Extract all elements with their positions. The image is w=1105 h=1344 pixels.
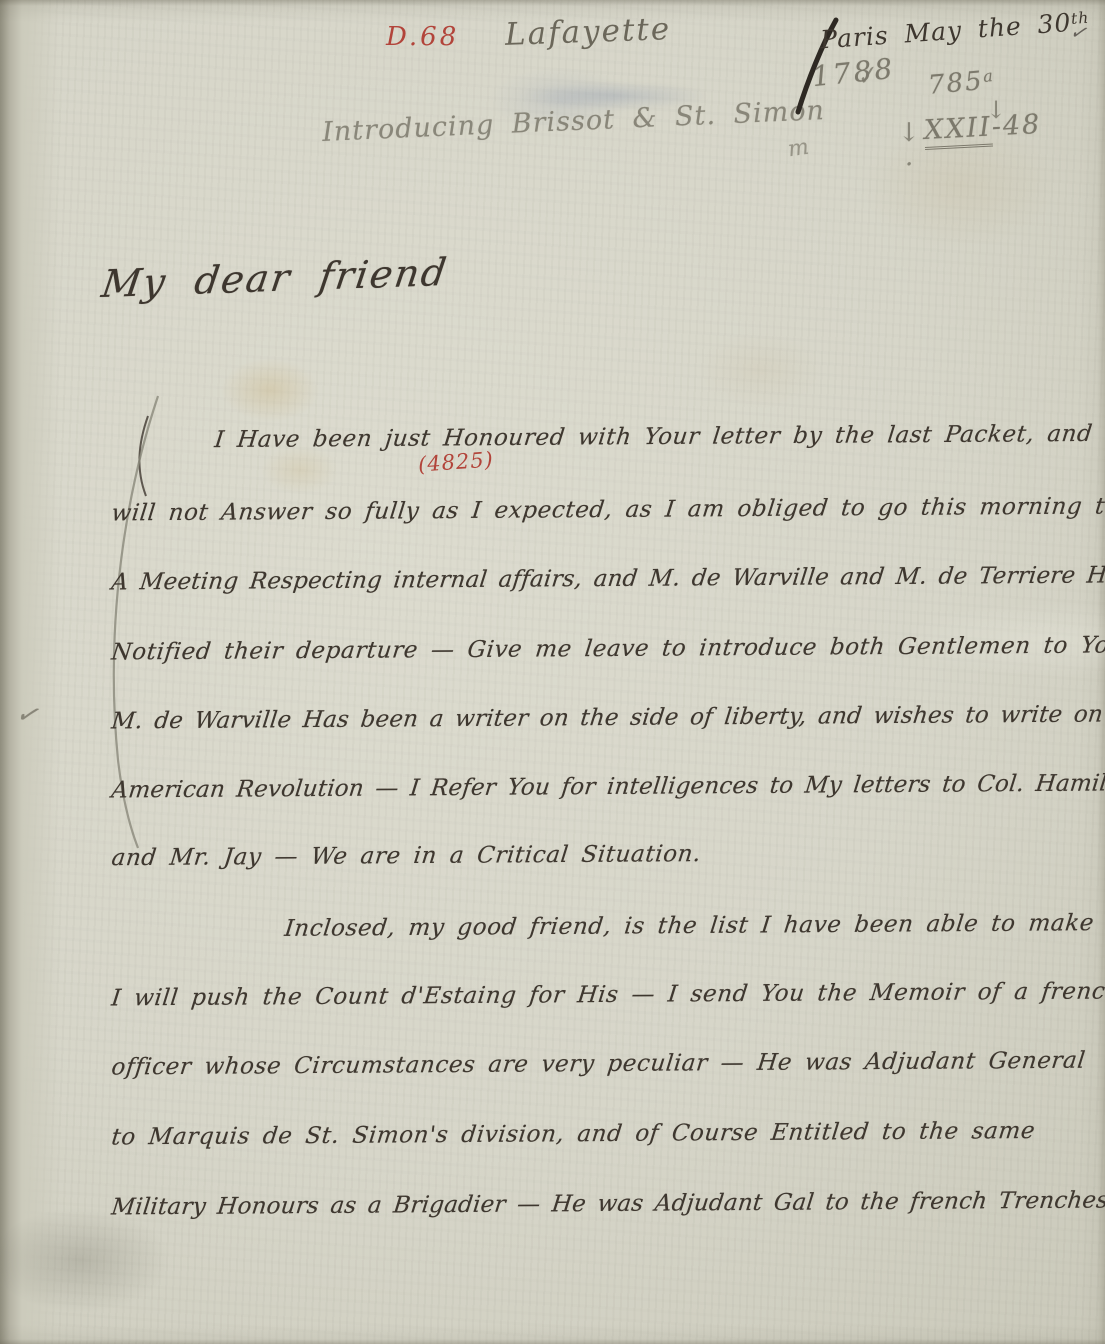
body-line: Inclosed, my good friend, is the list I … — [283, 910, 1097, 942]
folio-number-suffix: a — [982, 66, 995, 86]
catalog-number: XXII-48 — [923, 109, 1042, 146]
pencil-down-arrow-left: ↓ — [898, 118, 920, 148]
body-line: M. de Warville Has been a writer on the … — [110, 702, 1099, 735]
catalog-roman: XXII — [923, 112, 993, 150]
body-line: officer whose Circumstances are very pec… — [110, 1048, 1099, 1081]
pencil-squiggle: m — [786, 135, 810, 163]
body-line: Military Honours as a Brigadier — He was… — [110, 1188, 1099, 1221]
body-line: I will push the Count d'Estaing for His … — [110, 979, 1099, 1012]
body-line: I Have been just Honoured with Your lett… — [213, 421, 1097, 453]
red-inline-number: (4825) — [417, 447, 494, 476]
margin-pencil-bracket — [0, 0, 200, 900]
letter-page: D.68 Lafayette Introducing Brissot & St.… — [0, 0, 1105, 1344]
body-line: will not Answer so fully as I expected, … — [110, 494, 1099, 527]
body-line: A Meeting Respecting internal affairs, a… — [110, 563, 1099, 596]
catalog-suffix: -48 — [991, 109, 1042, 143]
pencil-dot: · — [905, 150, 913, 180]
body-line: and Mr. Jay — We are in a Critical Situa… — [110, 841, 734, 871]
body-line: Notified their departure — Give me leave… — [110, 633, 1099, 666]
folio-number-digits: 785 — [927, 66, 985, 101]
body-line: American Revolution — I Refer You for in… — [110, 771, 1099, 804]
body-line: to Marquis de St. Simon's division, and … — [110, 1118, 1099, 1151]
